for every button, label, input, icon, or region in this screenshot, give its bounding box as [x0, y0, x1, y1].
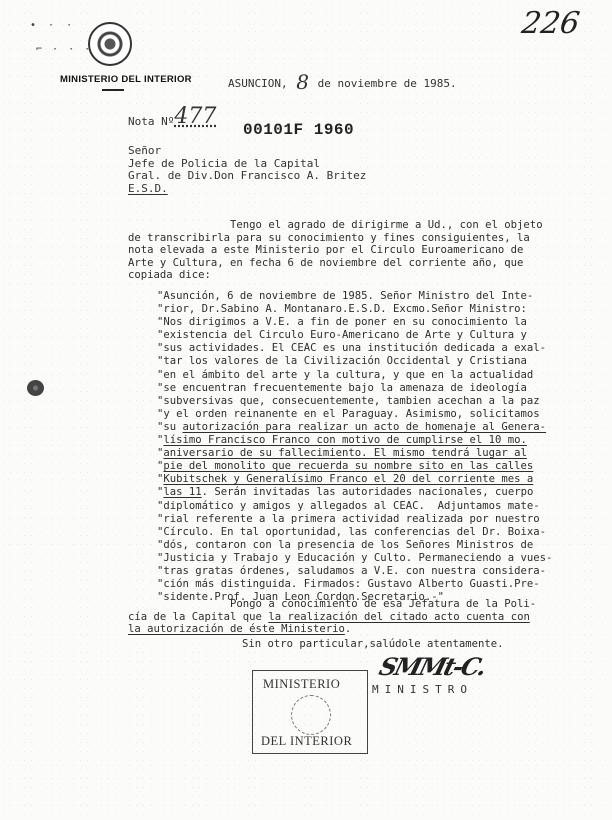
note-number-handwritten: 477: [174, 104, 216, 129]
farewell-line: Sin otro particular,salúdole atentamente…: [242, 638, 504, 650]
punch-hole: [27, 380, 44, 396]
text-line: "Nos dirigimos a V.E. a fin de poner en …: [157, 316, 552, 329]
date-city: ASUNCION,: [228, 77, 288, 90]
text-line: "existencia del Circulo Euro-Americano d…: [157, 329, 552, 342]
underlined-text: la autorización de éste Ministerio: [128, 623, 345, 635]
text-line: "Círculo. En tal oportunidad, las confer…: [157, 526, 552, 539]
stray-marks: ⌐ · · ·: [36, 44, 92, 55]
coat-of-arms-seal-icon: [88, 22, 132, 66]
recipient-line: Gral. de Div.Don Francisco A. Britez: [128, 170, 366, 183]
folio-number: 226: [520, 6, 582, 41]
underlined-text: autorización para realizar un acto de ho…: [183, 421, 547, 433]
underlined-text: Kubitschek y Generalísimo Franco el 20 d…: [163, 473, 533, 485]
text-line: de transcribirla para su conocimiento y …: [128, 232, 608, 245]
text-line: "tras gratas órdenes, saludamos a V.E. c…: [157, 565, 552, 578]
text-line: "tar los valores de la Civilización Occi…: [157, 355, 552, 368]
text-line: la autorización de éste Ministerio.: [128, 623, 536, 636]
text-line: "rior, Dr.Sabino A. Montanaro.E.S.D. Exc…: [157, 303, 552, 316]
note-number: Nota Nº477: [128, 104, 216, 129]
ministry-letterhead: MINISTERIO DEL INTERIOR: [60, 74, 192, 85]
date-day-handwritten: 8: [294, 70, 311, 94]
underlined-text: pie del monolito que recuerda su nombre …: [163, 460, 533, 472]
official-stamp: MINISTERIO DEL INTERIOR: [252, 670, 368, 754]
underlined-text: las 11: [163, 486, 201, 498]
quoted-note: "Asunción, 6 de noviembre de 1985. Señor…: [157, 290, 552, 604]
text-line: Pongo a conocimiento de esa Jefatura de …: [128, 598, 536, 611]
text-line: "lísimo Francisco Franco con motivo de c…: [157, 434, 552, 447]
recipient-line: E.S.D.: [128, 183, 168, 196]
text-line: "Justicia y Trabajo y Educación y Culto.…: [157, 552, 552, 565]
underlined-text: aniversario de su fallecimiento. El mism…: [163, 447, 527, 459]
letterhead-rule: [102, 89, 124, 91]
text-line: "diplomático y amigos y allegados al CEA…: [157, 500, 552, 513]
signatory-title: MINISTRO: [372, 683, 473, 696]
recipient-line: Señor: [128, 145, 366, 158]
closing-paragraph: Pongo a conocimiento de esa Jefatura de …: [128, 598, 536, 636]
text-line: Tengo el agrado de dirigirme a Ud., con …: [128, 219, 608, 232]
text-line: "y el orden reinanente en el Paraguay. A…: [157, 408, 552, 421]
stamp-top-text: MINISTERIO: [263, 677, 340, 692]
text-line: "su autorización para realizar un acto d…: [157, 421, 552, 434]
text-line: "aniversario de su fallecimiento. El mis…: [157, 447, 552, 460]
text-line: nota elevada a este Ministerio por el Ci…: [128, 244, 608, 257]
stray-marks: • · ·: [30, 20, 75, 31]
underlined-text: la realización del citado acto cuenta co…: [268, 611, 530, 623]
text-line: "dós, contaron con la presencia de los S…: [157, 539, 552, 552]
text-line: "rial referente a la primera actividad r…: [157, 513, 552, 526]
text-line: "las 11. Serán invitadas las autoridades…: [157, 486, 552, 499]
stamped-code: 00101F 1960: [243, 121, 354, 139]
recipient-block: Señor Jefe de Policia de la Capital Gral…: [128, 145, 366, 195]
text-line: "subversivas que, consecuentemente, tamb…: [157, 395, 552, 408]
intro-paragraph: Tengo el agrado de dirigirme a Ud., con …: [128, 219, 608, 282]
text-line: cía de la Capital que la realización del…: [128, 611, 536, 624]
stamp-bottom-text: DEL INTERIOR: [261, 734, 352, 749]
date-rest: de noviembre de 1985.: [318, 77, 457, 90]
text-line: "se encuentran frecuentemente bajo la am…: [157, 382, 552, 395]
text-line: copiada dice:: [128, 269, 608, 282]
note-label: Nota Nº: [128, 115, 174, 128]
stamp-seal-icon: [291, 695, 331, 735]
signature: SMMt-C.: [376, 652, 488, 681]
text-line: "en el ámbito del arte y la cultura, y q…: [157, 369, 552, 382]
text-line: "Asunción, 6 de noviembre de 1985. Señor…: [157, 290, 552, 303]
underlined-text: lísimo Francisco Franco con motivo de cu…: [163, 434, 527, 446]
text-line: "Kubitschek y Generalísimo Franco el 20 …: [157, 473, 552, 486]
text-line: "sus actividades. El CEAC es una institu…: [157, 342, 552, 355]
dateline: ASUNCION, 8 de noviembre de 1985.: [228, 70, 457, 94]
text-line: "pie del monolito que recuerda su nombre…: [157, 460, 552, 473]
text-line: "ción más distinguida. Firmados: Gustavo…: [157, 578, 552, 591]
text-line: Arte y Cultura, en fecha 6 de noviembre …: [128, 257, 608, 270]
